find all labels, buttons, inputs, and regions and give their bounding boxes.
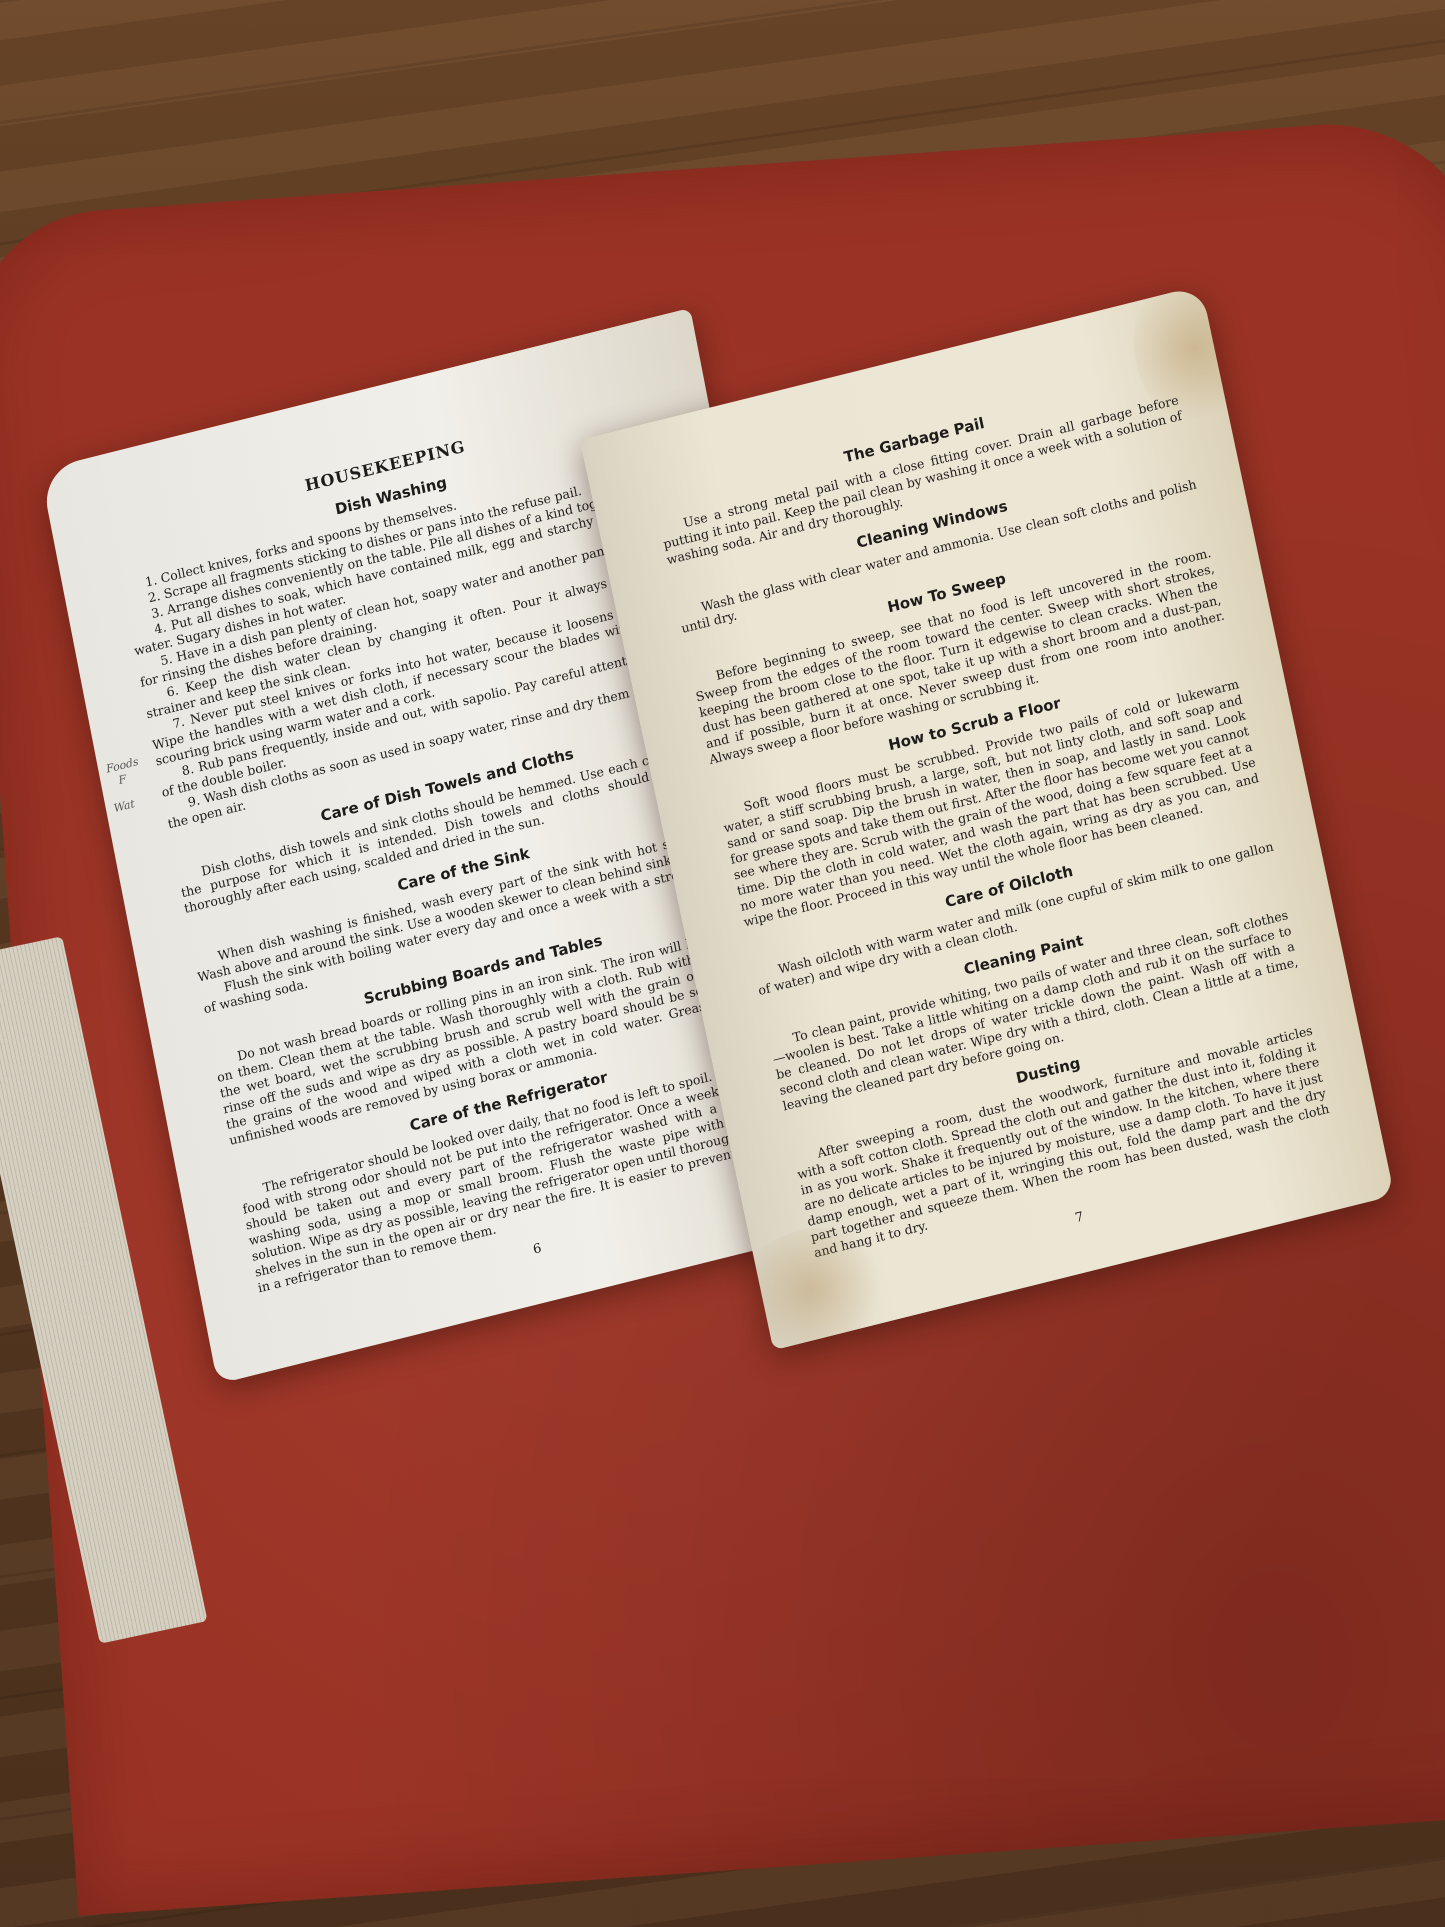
margin-peek-text: F: [117, 772, 127, 787]
open-booklet: Foods F Wat HOUSEKEEPING Dish Washing 1.…: [20, 320, 1420, 1700]
